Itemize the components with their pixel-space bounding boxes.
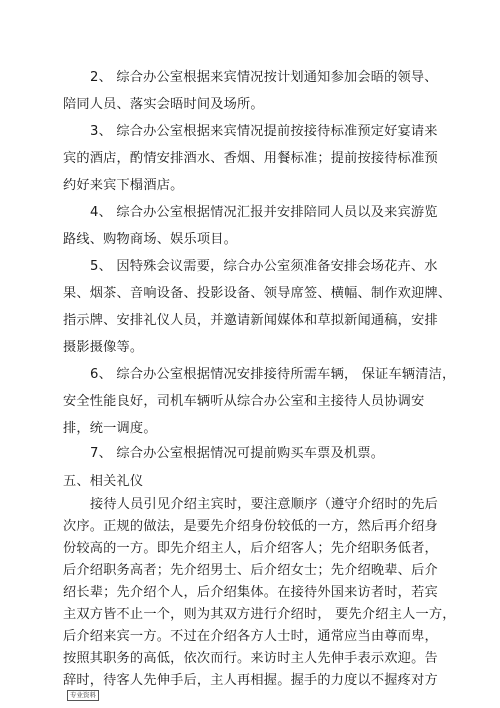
- text-line: 后介绍职务高者；先介绍男士、后介绍女士；先介绍晚辈、后介: [63, 563, 438, 579]
- text-line: 安全性能良好，司机车辆听从综合办公室和主接待人员协调安: [63, 394, 424, 410]
- text-line: 7、 综合办公室根据情况可提前购买车票及机票。: [90, 446, 384, 462]
- text-line: 约好来宾下榻酒店。: [63, 178, 184, 194]
- text-line: 绍长辈；先介绍个人，后介绍集体。在接待外国来访者时，若宾: [63, 585, 438, 601]
- text-line: 后介绍来宾一方。不过在介绍各方人士时，通常应当由尊而卑，: [63, 629, 438, 645]
- text-line: 接待人员引见介绍主宾时，要注意顺序（遵守介绍时的先后: [90, 497, 438, 513]
- text-line: 2、 综合办公室根据来宾情况按计划通知参加会晤的领导、: [90, 70, 438, 86]
- text-line: 5、 因特殊会议需要，综合办公室须准备安排会场花卉、水: [90, 259, 438, 275]
- text-line: 3、 综合办公室根据来宾情况提前按接待标准预定好宴请来: [90, 124, 438, 140]
- text-line: 按照其职务的高低，依次而行。来访时主人先伸手表示欢迎。告: [63, 651, 438, 667]
- text-line: 份较高的一方。即先介绍主人，后介绍客人；先介绍职务低者，: [63, 541, 438, 557]
- text-line: 陪同人员、落实会晤时间及场所。: [63, 97, 264, 113]
- text-line: 指示牌、安排礼仪人员，并邀请新闻媒体和草拟新闻通稿，安排: [63, 313, 438, 329]
- text-line: 五、相关礼仪: [63, 474, 143, 490]
- text-line: 摄影摄像等。: [63, 340, 143, 356]
- text-line: 辞时，待客人先伸手后，主人再相握。握手的力度以不握疼对方: [63, 673, 438, 689]
- footer-badge: 专业资料: [67, 690, 99, 701]
- text-line: 果、烟茶、音响设备、投影设备、领导席签、横幅、制作欢迎牌、: [63, 286, 451, 302]
- text-line: 宾的酒店，酌情安排酒水、香烟、用餐标准；提前按接待标准预: [63, 151, 438, 167]
- text-line: 路线、购物商场、娱乐项目。: [63, 232, 237, 248]
- text-line: 6、 综合办公室根据情况安排接待所需车辆， 保证车辆清洁，: [90, 367, 455, 383]
- text-line: 4、 综合办公室根据情况汇报并安排陪同人员以及来宾游览: [90, 205, 438, 221]
- text-line: 排，统一调度。: [63, 421, 157, 437]
- text-line: 次序。正规的做法，是要先介绍身份较低的一方，然后再介绍身: [63, 519, 438, 535]
- text-line: 主双方皆不止一个，则为其双方进行介绍时， 要先介绍主人一方，: [63, 607, 456, 623]
